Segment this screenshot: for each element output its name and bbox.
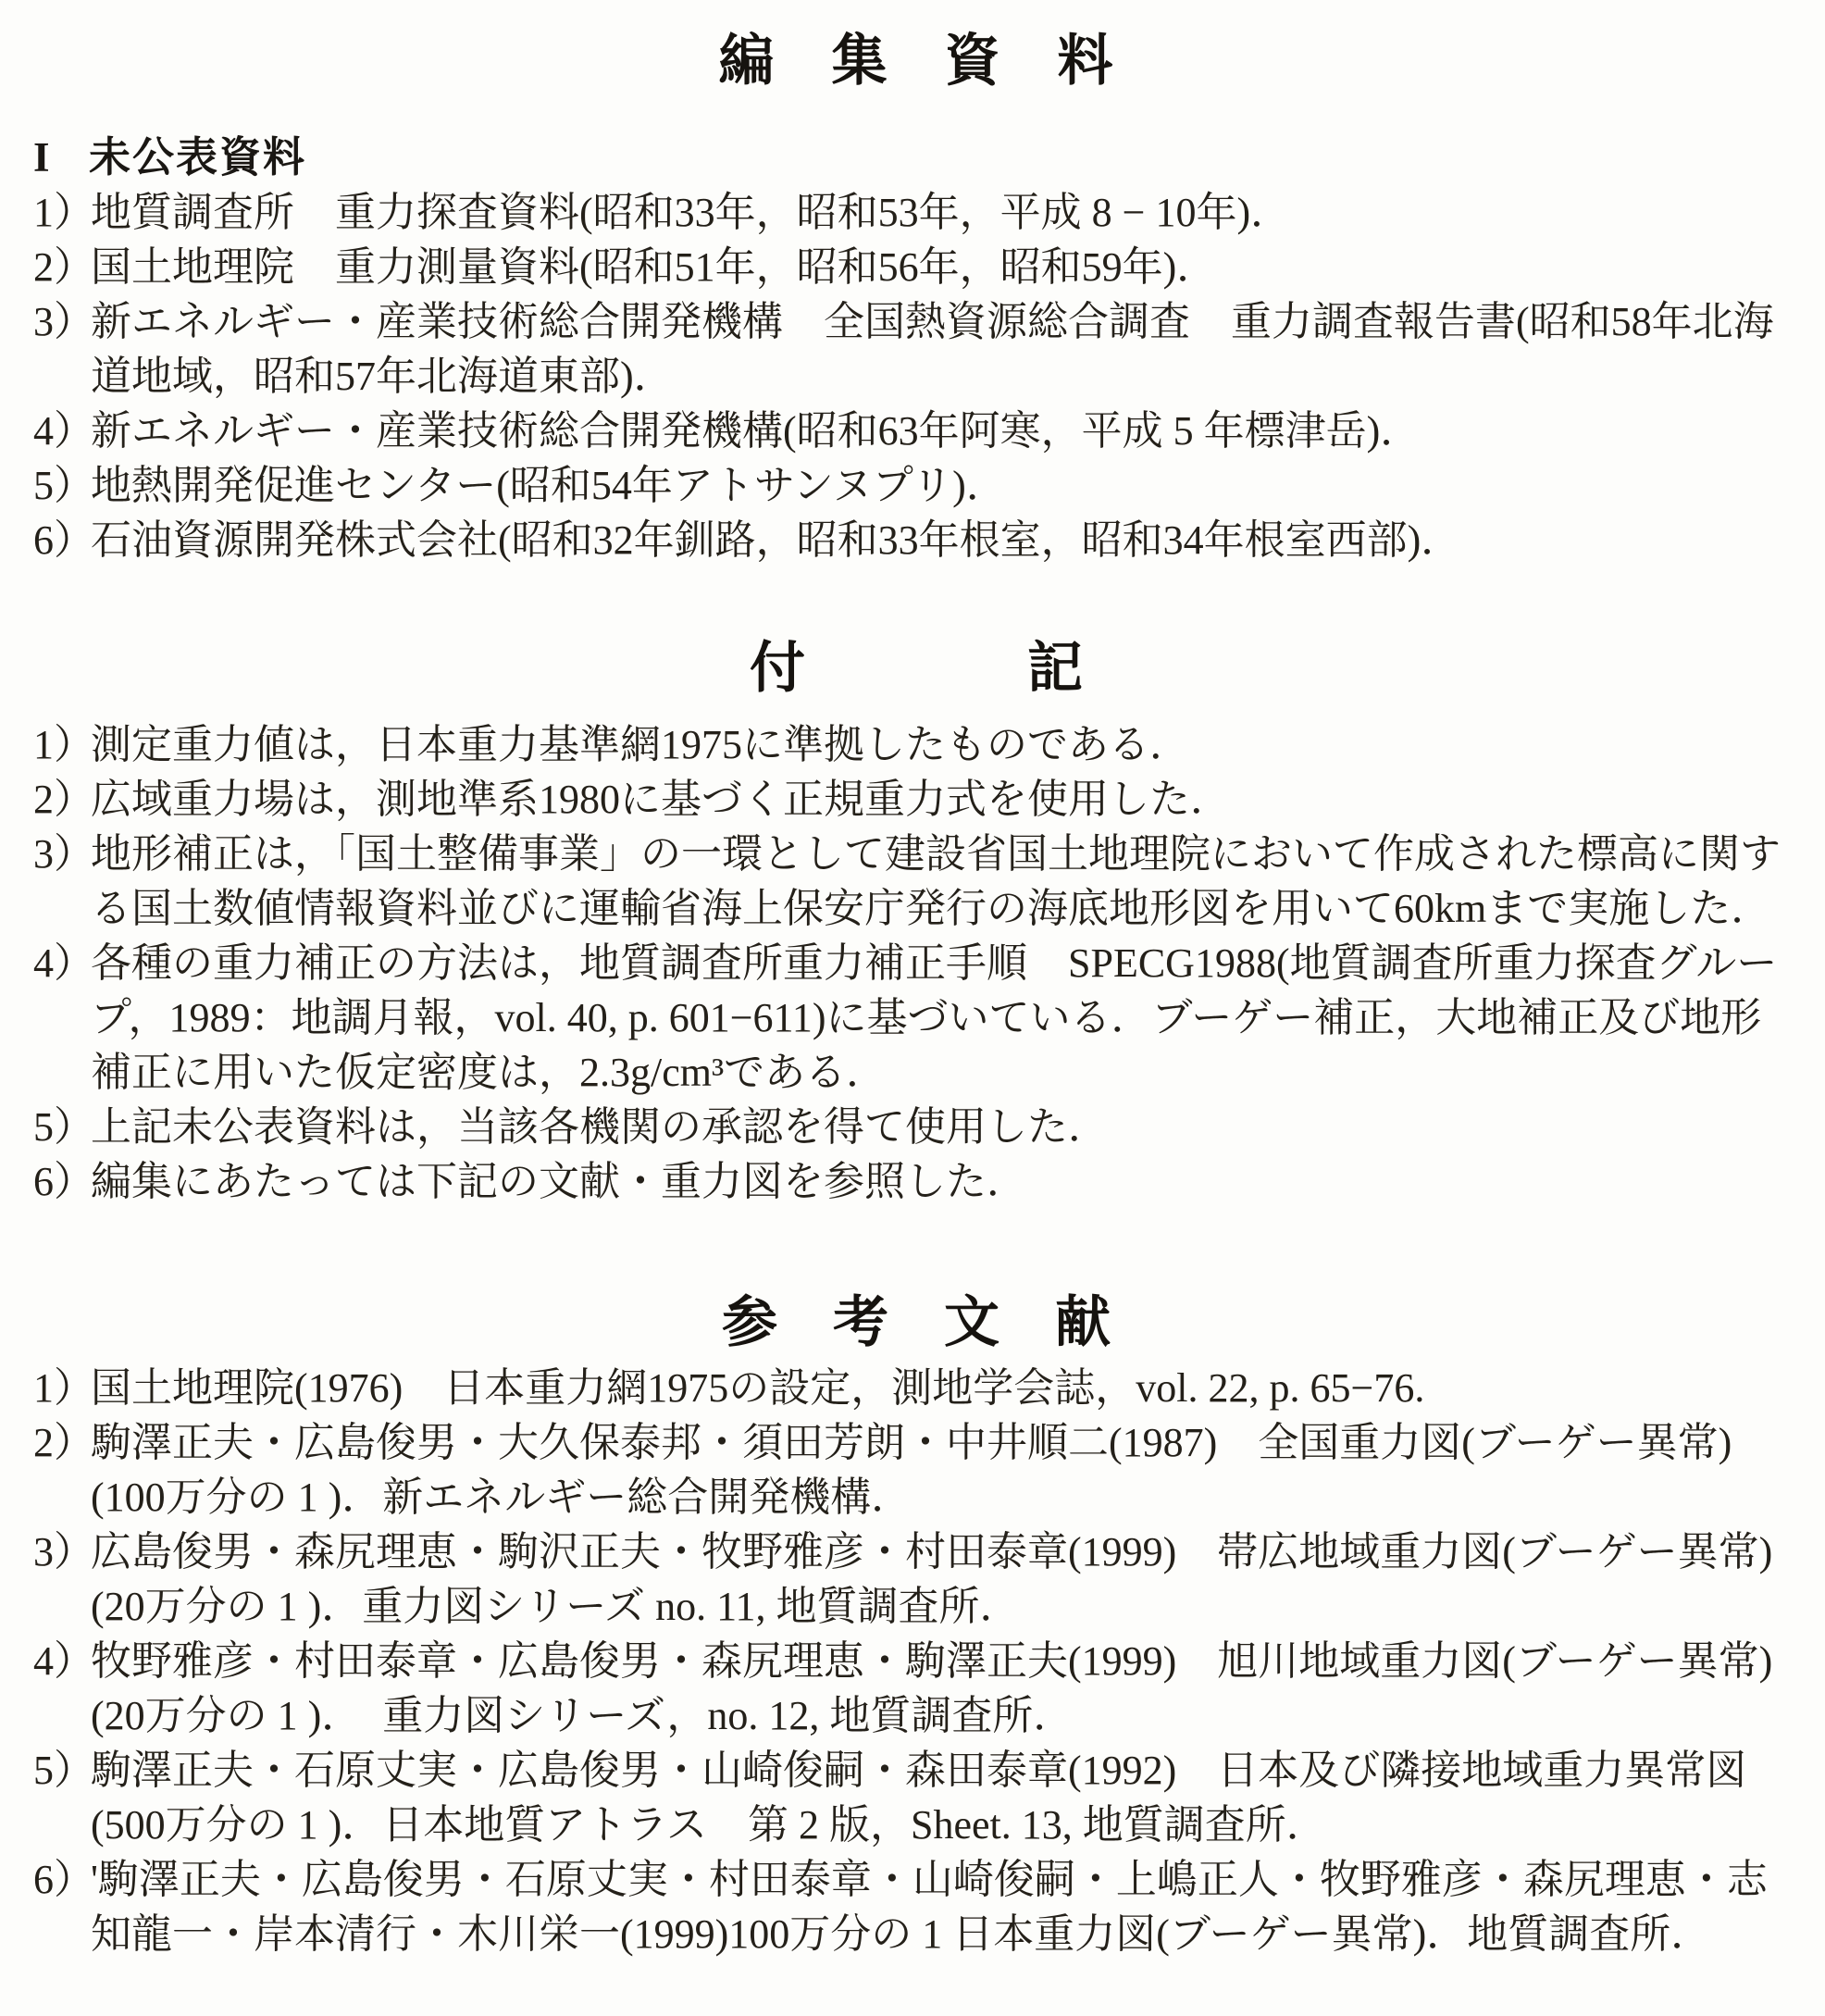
item-number: 1）	[33, 717, 91, 772]
item-text: 国土地理院 重力測量資料(昭和51年，昭和56年，昭和59年)．	[91, 244, 1217, 290]
item-text: 駒澤正夫・石原丈実・広島俊男・山崎俊嗣・森田泰章(1992) 日本及び隣接地域重…	[91, 1748, 1746, 1848]
item-text: 地質調査所 重力探査資料(昭和33年，昭和53年，平成 8 − 10年)．	[91, 190, 1291, 235]
references-heading: 参 考 文 献	[33, 1285, 1799, 1361]
item-text: 広島俊男・森尻理恵・駒沢正夫・牧野雅彦・村田泰章(1999) 帯広地域重力図(ブ…	[91, 1529, 1772, 1629]
document-page: 編 集 資 料 I未公表資料 1）地質調査所 重力探査資料(昭和33年，昭和53…	[0, 0, 1825, 2016]
list-item: 5）地熱開発促進センター(昭和54年アトサンヌプリ)．	[33, 458, 1799, 513]
list-item: 4）牧野雅彦・村田泰章・広島俊男・森尻理恵・駒澤正夫(1999) 旭川地域重力図…	[33, 1634, 1799, 1743]
item-number: 5）	[33, 1743, 91, 1798]
list-item: 3）地形補正は，「国土整備事業」の一環として建設省国土地理院において作成された標…	[33, 827, 1799, 936]
list-item: 4）各種の重力補正の方法は，地質調査所重力補正手順 SPECG1988(地質調査…	[33, 936, 1799, 1100]
list-item: 5）駒澤正夫・石原丈実・広島俊男・山崎俊嗣・森田泰章(1992) 日本及び隣接地…	[33, 1743, 1799, 1852]
item-number: 1）	[33, 185, 91, 240]
item-number: 4）	[33, 936, 91, 990]
item-text: 各種の重力補正の方法は，地質調査所重力補正手順 SPECG1988(地質調査所重…	[91, 940, 1777, 1095]
item-text: 測定重力値は，日本重力基準網1975に準拠したものである．	[91, 722, 1190, 767]
item-number: 3）	[33, 294, 91, 349]
section-numeral: I	[33, 131, 89, 185]
item-number: 1）	[33, 1361, 91, 1415]
notes-heading: 付 記	[33, 630, 1799, 706]
item-number: 4）	[33, 404, 91, 458]
list-item: 4）新エネルギー・産業技術総合開発機構(昭和63年阿寒，平成 5 年標津岳)．	[33, 404, 1799, 458]
list-item: 1）地質調査所 重力探査資料(昭和33年，昭和53年，平成 8 − 10年)．	[33, 185, 1799, 240]
document-title: 編 集 資 料	[33, 28, 1799, 94]
item-number: 3）	[33, 1524, 91, 1579]
notes-list: 1）測定重力値は，日本重力基準網1975に準拠したものである． 2）広域重力場は…	[33, 717, 1799, 1209]
item-number: 3）	[33, 827, 91, 881]
item-text: '駒澤正夫・広島俊男・石原丈実・村田泰章・山崎俊嗣・上嶋正人・牧野雅彦・森尻理恵…	[91, 1857, 1768, 1957]
item-number: 6）	[33, 513, 91, 567]
item-text: 新エネルギー・産業技術総合開発機構 全国熱資源総合調査 重力調査報告書(昭和58…	[91, 299, 1774, 399]
item-number: 4）	[33, 1634, 91, 1688]
item-number: 2）	[33, 1415, 91, 1470]
item-number: 6）	[33, 1852, 91, 1907]
item-text: 地形補正は，「国土整備事業」の一環として建設省国土地理院において作成された標高に…	[91, 831, 1781, 931]
item-text: 地熱開発促進センター(昭和54年アトサンヌプリ)．	[91, 463, 1007, 508]
item-text: 編集にあたっては下記の文献・重力図を参照した．	[91, 1159, 1027, 1204]
list-item: 2）駒澤正夫・広島俊男・大久保泰邦・須田芳朗・中井順二(1987) 全国重力図(…	[33, 1415, 1799, 1524]
section-heading-unpublished: I未公表資料	[33, 130, 1799, 185]
item-number: 2）	[33, 240, 91, 294]
item-text: 牧野雅彦・村田泰章・広島俊男・森尻理恵・駒澤正夫(1999) 旭川地域重力図(ブ…	[91, 1638, 1772, 1738]
list-item: 5）上記未公表資料は，当該各機関の承認を得て使用した．	[33, 1100, 1799, 1154]
item-text: 石油資源開発株式会社(昭和32年釧路，昭和33年根室，昭和34年根室西部)．	[91, 517, 1461, 563]
item-number: 2）	[33, 772, 91, 827]
list-item: 2）国土地理院 重力測量資料(昭和51年，昭和56年，昭和59年)．	[33, 240, 1799, 294]
item-text: 国土地理院(1976) 日本重力網1975の設定，測地学会誌，vol. 22, …	[91, 1365, 1424, 1411]
list-item: 3）新エネルギー・産業技術総合開発機構 全国熱資源総合調査 重力調査報告書(昭和…	[33, 294, 1799, 404]
unpublished-list: 1）地質調査所 重力探査資料(昭和33年，昭和53年，平成 8 − 10年)． …	[33, 185, 1799, 567]
item-text: 広域重力場は，測地準系1980に基づく正規重力式を使用した．	[91, 777, 1231, 822]
list-item: 3）広島俊男・森尻理恵・駒沢正夫・牧野雅彦・村田泰章(1999) 帯広地域重力図…	[33, 1524, 1799, 1634]
item-text: 上記未公表資料は，当該各機関の承認を得て使用した．	[91, 1104, 1109, 1150]
item-number: 5）	[33, 1100, 91, 1154]
item-number: 5）	[33, 458, 91, 513]
list-item: 6）編集にあたっては下記の文献・重力図を参照した．	[33, 1154, 1799, 1209]
references-list: 1）国土地理院(1976) 日本重力網1975の設定，測地学会誌，vol. 22…	[33, 1361, 1799, 1961]
item-text: 新エネルギー・産業技術総合開発機構(昭和63年阿寒，平成 5 年標津岳)．	[91, 408, 1421, 454]
item-number: 6）	[33, 1154, 91, 1209]
list-item: 2）広域重力場は，測地準系1980に基づく正規重力式を使用した．	[33, 772, 1799, 827]
list-item: 1）国土地理院(1976) 日本重力網1975の設定，測地学会誌，vol. 22…	[33, 1361, 1799, 1415]
item-text: 駒澤正夫・広島俊男・大久保泰邦・須田芳朗・中井順二(1987) 全国重力図(ブー…	[91, 1420, 1732, 1520]
section-label-unpublished: 未公表資料	[89, 133, 306, 180]
list-item: 1）測定重力値は，日本重力基準網1975に準拠したものである．	[33, 717, 1799, 772]
list-item: 6）石油資源開発株式会社(昭和32年釧路，昭和33年根室，昭和34年根室西部)．	[33, 513, 1799, 567]
list-item: 6）'駒澤正夫・広島俊男・石原丈実・村田泰章・山崎俊嗣・上嶋正人・牧野雅彦・森尻…	[33, 1852, 1799, 1961]
